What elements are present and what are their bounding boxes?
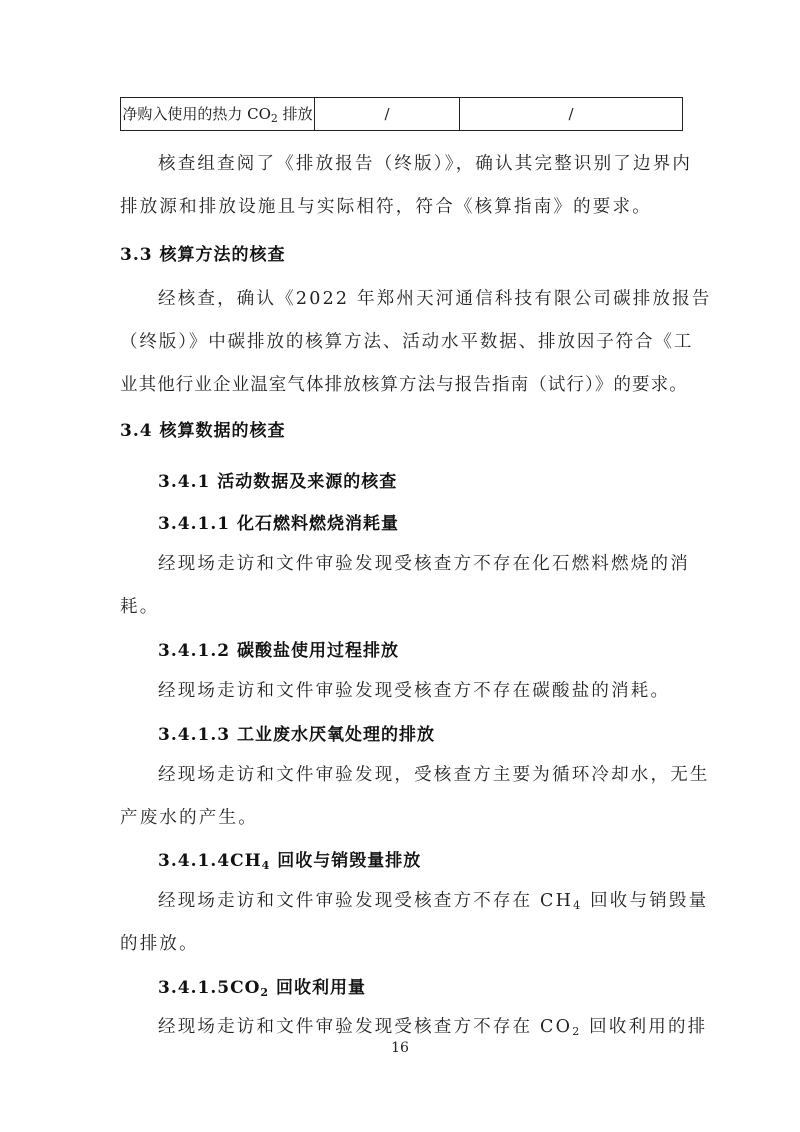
subscript: 2 — [260, 986, 269, 999]
paragraph-line: 经现场走访和文件审验发现受核查方不存在 CH4 回收与销毁量 — [158, 887, 708, 912]
text: 回收与销毁量 — [582, 891, 708, 911]
text: 经现场走访和文件审验发现受核查方不存在 CH — [158, 891, 573, 911]
section-heading-3-4: 3.4 核算数据的核查 — [120, 416, 286, 441]
subscript: 2 — [271, 112, 278, 125]
paragraph-line: 经现场走访和文件审验发现受核查方不存在 CO2 回收利用的排 — [158, 1013, 707, 1038]
subsection-heading-3-4-1-4: 3.4.1.4CH4 回收与销毁量排放 — [158, 846, 421, 872]
section-heading-3-3: 3.3 核算方法的核查 — [120, 240, 286, 265]
paragraph-line: 的排放。 — [120, 930, 199, 955]
table-cell-value: / — [460, 98, 683, 131]
paragraph-line: 耗。 — [120, 593, 159, 618]
paragraph-line: 排放源和排放设施且与实际相符，符合《核算指南》的要求。 — [120, 193, 652, 218]
text: 回收利用的排 — [581, 1017, 707, 1037]
paragraph-line: 业其他行业企业温室气体排放核算方法与报告指南（试行）》的要求。 — [120, 371, 688, 396]
subsection-heading-3-4-1-5: 3.4.1.5CO2 回收利用量 — [158, 973, 366, 999]
heading-text: 3.4.1.4CH — [158, 851, 262, 871]
paragraph-line: 经核查，确认《2022 年郑州天河通信科技有限公司碳排放报告 — [158, 285, 712, 310]
document-page: 净购入使用的热力 CO2 排放 / / 核查组查阅了《排放报告（终版）》，确认其… — [0, 0, 800, 1132]
cell-text: 净购入使用的热力 CO — [122, 105, 271, 123]
table-row: 净购入使用的热力 CO2 排放 / / — [121, 98, 683, 131]
heading-text: 3.4.1.5CO — [158, 978, 260, 998]
paragraph-line: 产废水的产生。 — [120, 804, 258, 829]
subsection-heading-3-4-1-2: 3.4.1.2 碳酸盐使用过程排放 — [158, 636, 399, 661]
emissions-table: 净购入使用的热力 CO2 排放 / / — [120, 97, 683, 131]
paragraph-line: 经现场走访和文件审验发现受核查方不存在化石燃料燃烧的消 — [158, 550, 690, 575]
page-number: 16 — [0, 1040, 800, 1056]
heading-text: 回收利用量 — [269, 978, 366, 998]
text: 经现场走访和文件审验发现受核查方不存在 CO — [158, 1017, 572, 1037]
paragraph-line: 经现场走访和文件审验发现受核查方不存在碳酸盐的消耗。 — [158, 677, 670, 702]
subsection-heading-3-4-1-3: 3.4.1.3 工业废水厌氧处理的排放 — [158, 720, 435, 745]
subsection-heading-3-4-1: 3.4.1 活动数据及来源的核查 — [158, 467, 397, 492]
cell-text: 排放 — [278, 105, 313, 123]
table-cell-label: 净购入使用的热力 CO2 排放 — [121, 98, 315, 131]
paragraph-line: 核查组查阅了《排放报告（终版）》，确认其完整识别了边界内 — [158, 150, 692, 175]
subscript: 4 — [573, 899, 582, 912]
subsection-heading-3-4-1-1: 3.4.1.1 化石燃料燃烧消耗量 — [158, 509, 399, 534]
table-cell-value: / — [315, 98, 460, 131]
heading-text: 回收与销毁量排放 — [270, 851, 421, 871]
paragraph-line: （终版）》中碳排放的核算方法、活动水平数据、排放因子符合《工 — [120, 328, 693, 353]
paragraph-line: 经现场走访和文件审验发现，受核查方主要为循环冷却水，无生 — [158, 761, 710, 786]
